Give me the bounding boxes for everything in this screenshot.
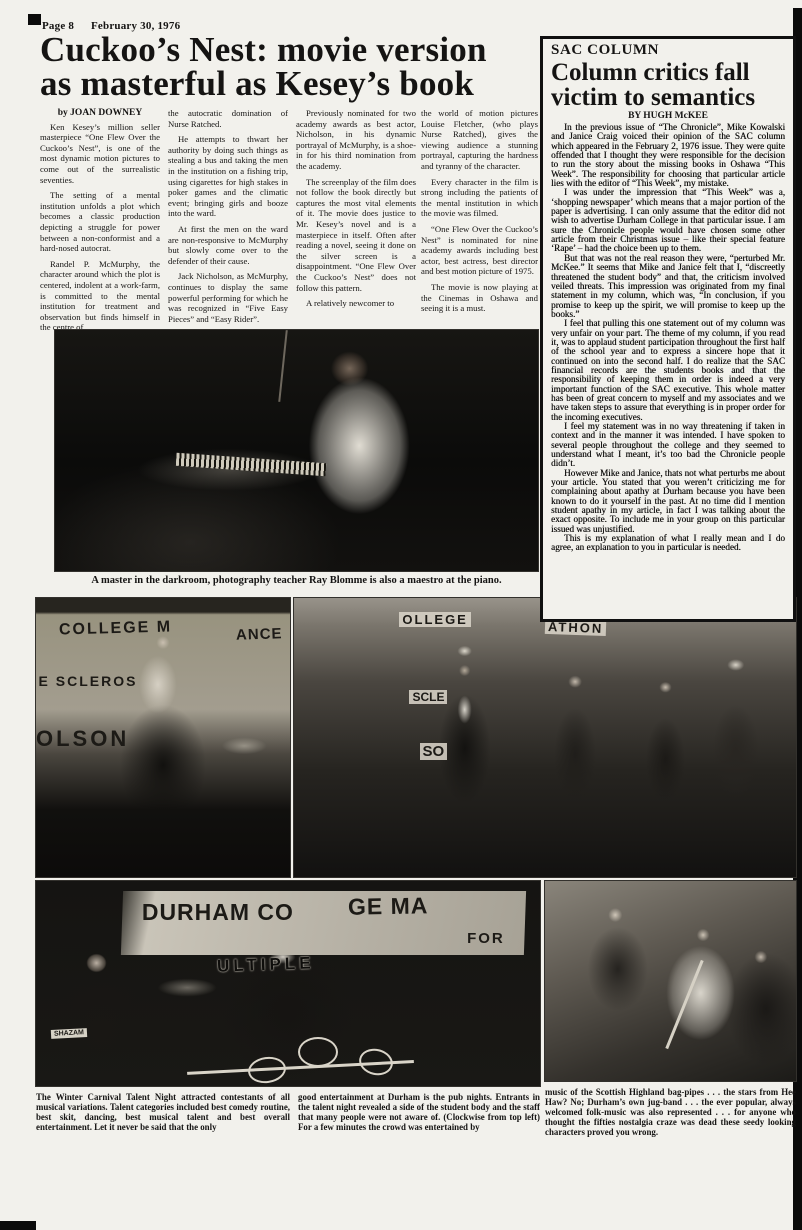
article-column-1: by JOAN DOWNEY Ken Kesey’s million selle… (40, 108, 160, 332)
durham-banner-text: GE MA (348, 893, 429, 921)
spiral-hose (298, 1037, 338, 1067)
sac-byline: BY HUGH McKEE (551, 111, 785, 121)
article-paragraph: The setting of a mental institution unfo… (40, 190, 160, 254)
feature-byline: by JOAN DOWNEY (40, 108, 160, 119)
talent-night-caption-middle: good entertainment at Durham is the pub … (298, 1092, 540, 1132)
sac-headline: Column critics fall victim to semantics (551, 60, 785, 110)
sac-headline-line2: victim to semantics (551, 84, 755, 111)
photo-clarinet-performer: COLLEGE M ANCE E SCLEROS OLSON (36, 598, 290, 877)
microphone-stand (278, 330, 288, 402)
article-paragraph: Randel P. McMurphy, the character around… (40, 259, 160, 332)
piano-photo-caption: A master in the darkroom, photography te… (55, 575, 538, 587)
photo-folk-group (545, 881, 796, 1081)
article-column-2: the autocratic domination of Nurse Ratch… (168, 108, 288, 332)
sac-headline-line1: Column critics fall (551, 59, 750, 86)
durham-banner-text: DURHAM CO (142, 899, 294, 926)
newspaper-page: Page 8 February 30, 1976 Cuckoo’s Nest: … (0, 0, 802, 1230)
article-paragraph: At first the men on the ward are non-res… (168, 224, 288, 266)
photo-band-on-stage: OLLEGE ATHON SCLE SO (294, 598, 796, 877)
talent-night-caption-left: The Winter Carnival Talent Night attract… (36, 1092, 290, 1132)
feature-headline-line2: as masterful as Kesey’s book (40, 64, 474, 103)
article-paragraph: The screenplay of the film does not foll… (296, 177, 416, 294)
stage-banner-text: COLLEGE M (59, 619, 173, 640)
sac-paragraph: This is my explanation of what I really … (551, 534, 785, 553)
photo-jug-band: DURHAM CO GE MA FOR ULTIPLE SHAZAM (36, 881, 540, 1086)
article-column-3: Previously nominated for two academy awa… (296, 108, 416, 332)
durham-banner-text: FOR (467, 930, 505, 947)
stage-banner-text: SCLE (409, 690, 447, 704)
sac-paragraph: However Mike and Janice, thats not what … (551, 469, 785, 534)
scan-mark-bottom-left (0, 1221, 36, 1230)
sac-column-box: SAC COLUMN Column critics fall victim to… (540, 36, 796, 622)
talent-night-caption-right: music of the Scottish Highland bag-pipes… (545, 1087, 796, 1137)
stage-banner-text: E SCLEROS (39, 673, 138, 689)
stage-banner-text: OLSON (36, 726, 129, 752)
feature-headline: Cuckoo’s Nest: movie version as masterfu… (40, 33, 540, 101)
photo-piano-performance (55, 330, 538, 571)
article-paragraph: Ken Kesey’s million seller masterpiece “… (40, 122, 160, 186)
stage-banner-text: SO (420, 743, 448, 760)
article-column-4: the world of motion pictures Louise Flet… (421, 108, 538, 332)
durham-banner-text: ULTIPLE (217, 953, 315, 976)
sac-paragraph: In the previous issue of “The Chronicle”… (551, 123, 785, 188)
article-paragraph: The movie is now playing at the Cinemas … (421, 282, 538, 314)
article-paragraph: “One Flew Over the Cuckoo’s Nest” is nom… (421, 224, 538, 277)
piano-keyboard (175, 453, 325, 477)
article-paragraph: Jack Nicholson, as McMurphy, continues t… (168, 271, 288, 324)
article-paragraph: A relatively newcomer to (296, 298, 416, 309)
scan-mark-top-left (28, 14, 41, 25)
article-paragraph: He attempts to thwart her authority by d… (168, 134, 288, 219)
sac-paragraph: I feel that pulling this one statement o… (551, 319, 785, 422)
article-paragraph: the autocratic domination of Nurse Ratch… (168, 108, 288, 129)
stage-banner-text: ANCE (236, 625, 283, 644)
article-paragraph: Every character in the film is strong in… (421, 177, 538, 219)
bass-neck (665, 960, 703, 1049)
sac-paragraph: But that was not the real reason they we… (551, 254, 785, 319)
shazam-sign: SHAZAM (51, 1028, 87, 1039)
article-paragraph: the world of motion pictures Louise Flet… (421, 108, 538, 172)
sac-kicker: SAC COLUMN (551, 42, 785, 59)
article-paragraph: Previously nominated for two academy awa… (296, 108, 416, 172)
sac-paragraph: I was under the impression that “This We… (551, 188, 785, 253)
sac-paragraph: I feel my statement was in no way threat… (551, 422, 785, 469)
stage-banner-text: OLLEGE (399, 612, 470, 627)
